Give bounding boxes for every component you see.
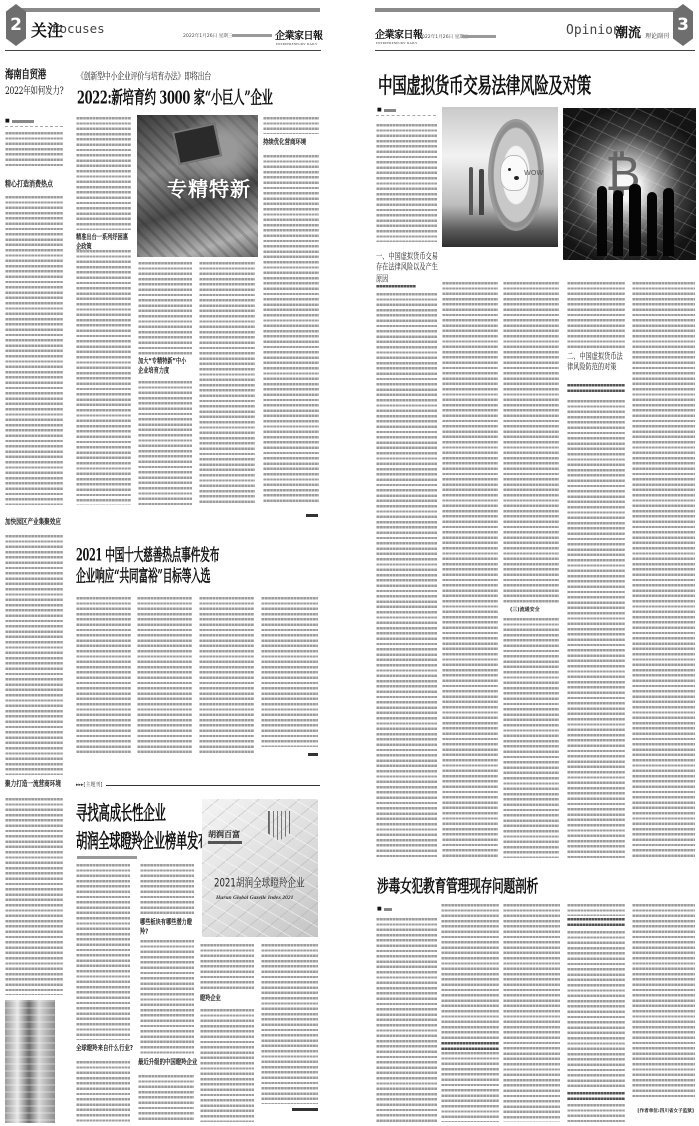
- specialized-innovation-image: 专精特新: [137, 115, 258, 257]
- section-subtitle: 理论副刊: [645, 31, 669, 40]
- body-text: [199, 597, 254, 755]
- article-end-mark: [308, 753, 318, 756]
- article-subhead: 一、中国虚拟货币交易存在法律风险以及产生原因: [376, 252, 438, 286]
- article-subhead: 加大“专精特新”中小企业培育力度: [138, 358, 190, 376]
- byline-name: [12, 120, 34, 123]
- body-text: [503, 904, 560, 1122]
- article-subhead: 最近升级的中国瞪羚企业: [138, 1059, 197, 1068]
- editor-credits: [462, 35, 496, 38]
- body-text: [376, 124, 437, 242]
- bitcoin-network-image: ₿: [563, 108, 696, 260]
- body-text: [200, 1009, 254, 1122]
- article-subhead: (三)流通安全: [510, 607, 540, 614]
- article-subhead: 全球瞪羚来自什么行业?: [76, 1045, 133, 1054]
- body-text: [261, 597, 318, 747]
- body-text: [76, 250, 131, 505]
- masthead: 企業家日報: [275, 27, 323, 42]
- page-number-badge: 2: [6, 4, 26, 46]
- article-headline: 中国虚拟货币交易法律风险及对策: [378, 69, 591, 101]
- article-subhead: 二、中国虚拟货币法律风险防范的对策: [567, 352, 627, 375]
- article-kicker: 《创新型中小企业评价与培育办法》即将出台: [77, 70, 211, 84]
- coin-text: WOW: [524, 169, 543, 177]
- editor-credits: [232, 34, 272, 37]
- masthead-english: ENTREPRENEURS' DAILY: [276, 42, 318, 46]
- body-text: [138, 1075, 194, 1122]
- gazelle-emblem-icon: [268, 811, 290, 841]
- hurun-title: 2021胡润全球瞪羚企业: [214, 875, 305, 891]
- bold-lead: [567, 918, 625, 928]
- sidebar-title-line2: 2022年如何发力?: [5, 83, 63, 98]
- body-text: [76, 117, 131, 230]
- body-text: [441, 1052, 499, 1122]
- body-text: [263, 117, 319, 134]
- body-text: [567, 282, 625, 348]
- article-subhead: 持续优化营商环境: [263, 139, 306, 148]
- figurine: [469, 167, 473, 215]
- byline-marker: ■: [5, 118, 10, 124]
- sidebar-subhead: 聚力打造一流营商环境: [5, 781, 61, 791]
- image-overlay-text: 专精特新: [167, 173, 251, 202]
- body-text: [376, 918, 437, 1122]
- article-headline: 涉毒女犯教育管理现存问题剖析: [377, 873, 538, 898]
- hurun-logo: 胡润百富: [208, 829, 240, 840]
- article-subhead: 瞪羚企业: [200, 995, 221, 1004]
- column-tag-rule: [106, 785, 320, 786]
- figurine: [479, 169, 484, 215]
- author-affiliation: [作者单位:四川省女子监狱]: [632, 1108, 694, 1114]
- body-text: [138, 381, 192, 505]
- silhouette: [613, 190, 623, 256]
- masthead-english: ENTREPRENEURS' DAILY: [376, 41, 418, 45]
- minor-subhead: [376, 285, 416, 288]
- left-header-bar: [10, 8, 320, 12]
- section-title-cn: 潮流: [615, 22, 641, 41]
- header-rule: [375, 50, 695, 51]
- silhouette: [629, 184, 641, 256]
- byline-divider: [376, 115, 436, 116]
- chip-graphic: [172, 123, 222, 165]
- body-text: [503, 282, 559, 604]
- body-text: [140, 864, 194, 916]
- byline-marker: ■: [377, 906, 382, 912]
- body-text: [632, 282, 695, 858]
- body-text: [76, 864, 130, 1040]
- section-title-en: Focuses: [52, 21, 105, 36]
- body-text: [567, 904, 625, 916]
- section-title-en: Opinion: [566, 23, 621, 38]
- article-headline-line2: 企业响应“共同富裕”目标等入选: [76, 563, 210, 587]
- article-headline-line1: 寻找高成长性企业: [76, 799, 166, 826]
- article-headline-line2: 胡润全球瞪羚企业榜单发布: [76, 827, 209, 854]
- hurun-logo-bar: [208, 841, 242, 844]
- dogecoin-image: WOW: [442, 107, 558, 247]
- body-text: [567, 931, 625, 1089]
- article-end-mark: [306, 514, 318, 517]
- article-subhead: 哪些板块有哪些潜力瞪羚?: [140, 919, 194, 937]
- body-text: [138, 262, 192, 355]
- byline-name: [384, 109, 396, 112]
- body-text: [140, 940, 194, 1055]
- byline-divider: [5, 126, 63, 127]
- article-headline: 2022:新培育约 3000 家“小巨人”企业: [77, 85, 273, 110]
- article-end-mark: [292, 1108, 318, 1111]
- mall-photo: [5, 1000, 55, 1123]
- body-text: [76, 597, 131, 755]
- body-text: [263, 155, 319, 505]
- hurun-index-image: 胡润百富 2021胡润全球瞪羚企业 Hurun Global Gazelle I…: [202, 799, 318, 937]
- page-number-badge: 3: [673, 4, 693, 46]
- body-text: [261, 944, 318, 1104]
- body-text: [442, 282, 498, 858]
- body-text: [5, 132, 63, 169]
- byline-name: [384, 908, 392, 911]
- body-text: [137, 597, 192, 755]
- body-text: [199, 262, 255, 505]
- body-text: [567, 400, 625, 858]
- masthead: 企業家日報: [375, 26, 423, 41]
- body-text: [376, 293, 437, 858]
- doge-eye: [508, 168, 511, 171]
- byline: [77, 856, 137, 859]
- body-text: [567, 1104, 625, 1122]
- column-tag: ▸▸▸[主题刊]: [76, 781, 102, 788]
- issue-date: 2022年1月26日 星期三: [183, 33, 232, 39]
- sidebar-title-line1: 海南自贸港: [5, 66, 46, 82]
- body-text: [5, 798, 63, 995]
- header-rule: [5, 50, 321, 51]
- body-text: [632, 904, 695, 1100]
- silhouette: [663, 188, 674, 256]
- silhouette: [647, 192, 657, 256]
- silhouette: [597, 186, 607, 256]
- hurun-subtitle: Hurun Global Gazelle Index 2021: [216, 895, 293, 901]
- bold-lead: [567, 1092, 625, 1102]
- body-text: [76, 1061, 130, 1122]
- sidebar-subhead: 精心打造消费热点: [5, 180, 53, 191]
- body-text: [200, 944, 254, 990]
- doge-nose: [514, 176, 519, 180]
- body-text: [5, 535, 63, 775]
- sidebar-subhead: 加快园区产业集聚效应: [5, 519, 61, 529]
- minor-subhead: [567, 384, 625, 394]
- bold-lead: [441, 1042, 499, 1050]
- body-text: [503, 618, 559, 858]
- body-text: [5, 196, 63, 505]
- byline-marker: ■: [377, 107, 382, 113]
- body-text: [441, 904, 499, 1040]
- right-header-bar: [375, 8, 680, 12]
